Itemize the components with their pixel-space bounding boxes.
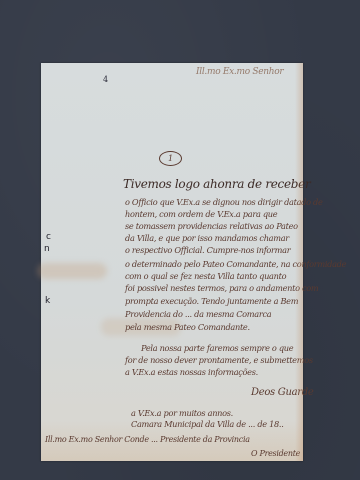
body-line: for de nosso dever prontamente, e submet… xyxy=(125,355,313,365)
header-salutation: Ill.mo Ex.mo Senhor xyxy=(196,67,283,77)
body-line: a V.Ex.a estas nossas informações. xyxy=(125,367,258,377)
body-line: com o qual se fez nesta Villa tanto quan… xyxy=(125,271,286,281)
body-line: Pela nossa parte faremos sempre o que xyxy=(141,343,293,353)
addressee-line: Ill.mo Ex.mo Senhor Conde ... Presidente… xyxy=(45,435,250,444)
body-line: o determinado pelo Pateo Comandante, na … xyxy=(125,259,346,269)
margin-mark: n xyxy=(44,244,50,254)
manuscript-page: Ill.mo Ex.mo Senhor 4 1 Tivemos logo aho… xyxy=(41,63,303,461)
corner-mark: 4 xyxy=(103,75,108,84)
closing: Deos Guarde xyxy=(251,387,313,398)
margin-mark: c xyxy=(46,232,51,242)
ink-bleed-stain xyxy=(37,263,107,279)
body-line: foi possivel nestes termos, para o andam… xyxy=(125,283,318,293)
body-line: Providencia do ... da mesma Comarca xyxy=(125,309,271,319)
page-number-mark: 1 xyxy=(159,151,182,166)
body-line: pela mesma Pateo Comandante. xyxy=(125,322,250,332)
body-line: prompta execução. Tendo juntamente a Bem xyxy=(125,296,298,306)
closing-line: a V.Ex.a por muitos annos. xyxy=(131,408,233,418)
body-line: da Villa, e que por isso mandamos chamar xyxy=(125,233,289,243)
body-line: hontem, com ordem de V.Ex.a para que xyxy=(125,209,277,219)
signature: O Presidente xyxy=(251,449,300,458)
body-line: o Officio que V.Ex.a se dignou nos dirig… xyxy=(125,197,323,207)
closing-line: Camara Municipal da Villa de ... de 18.. xyxy=(131,419,284,429)
margin-mark: k xyxy=(45,296,50,306)
body-line: se tomassem providencias relativas ao Pa… xyxy=(125,221,298,231)
body-line: o respectivo Official. Cumpre-nos inform… xyxy=(125,245,290,255)
opening-line: Tivemos logo ahonra de receber xyxy=(123,177,310,191)
